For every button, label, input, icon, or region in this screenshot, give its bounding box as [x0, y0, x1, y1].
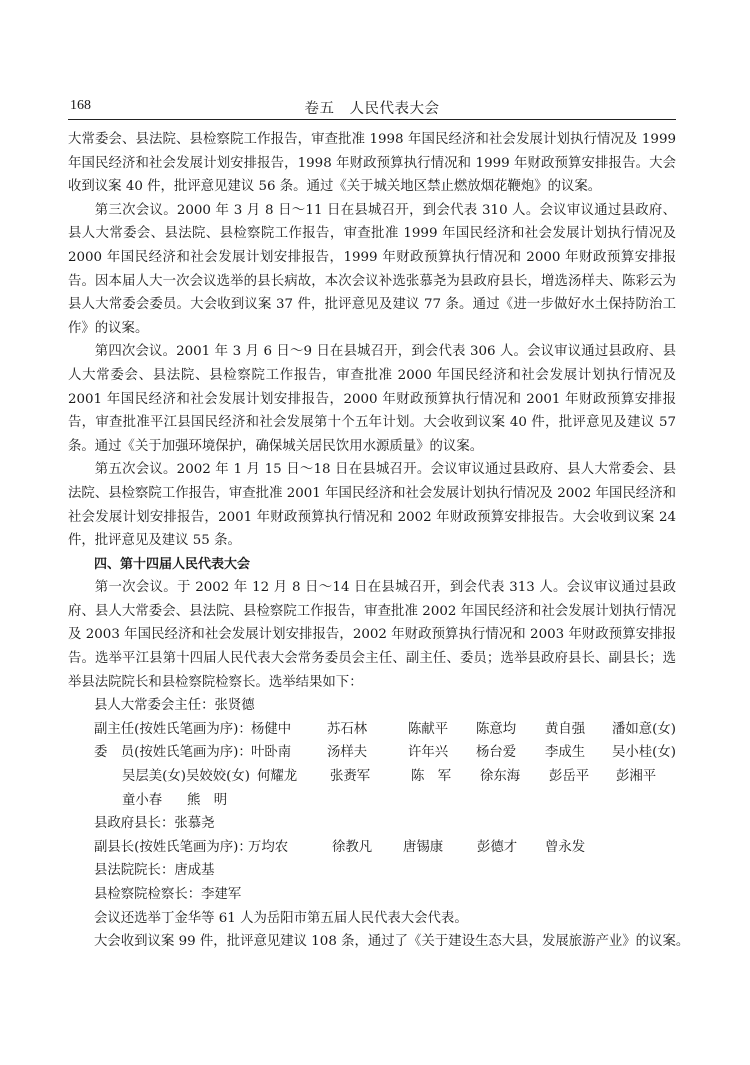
header-rule [68, 119, 676, 120]
name: 吴层美(女) [122, 765, 186, 789]
vice-directors-label: 副主任(按姓氏笔画为序)： [94, 718, 252, 742]
name: 黄自强 [545, 718, 585, 742]
name: 杨台爱 [476, 741, 516, 765]
name: 汤样夫 [327, 741, 367, 765]
running-title: 卷五 人民代表大会 [68, 97, 676, 118]
name: 陈 军 [411, 765, 451, 789]
npc-director-line: 县人大常委会主任：张贤德 [68, 694, 676, 718]
motions-note-line: 大会收到议案 99 件，批评意见建议 108 条，通过了《关于建设生态大县，发展… [68, 930, 676, 954]
paragraph-session5: 第五次会议。2002 年 1 月 15 日～18 日在县城召开。会议审议通过县政… [68, 458, 676, 552]
county-head-line: 县政府县长：张慕尧 [68, 812, 676, 836]
section-heading: 四、第十四届人民代表大会 [68, 553, 676, 577]
name: 张赉军 [330, 765, 370, 789]
name: 吴姣姣(女) [186, 765, 250, 789]
vice-directors-line: 副主任(按姓氏笔画为序)： 杨健中 苏石林 陈献平 陈意均 黄自强 潘如意(女) [68, 718, 676, 742]
page-header: 168 卷五 人民代表大会 [68, 96, 676, 120]
name: 徐教凡 [332, 836, 372, 860]
members-line-3: 童小春 熊 明 [68, 789, 676, 813]
delegates-note: 会议还选举丁金华等 61 人为岳阳市第五届人民代表大会代表。 [94, 907, 468, 931]
name: 彭德才 [477, 836, 517, 860]
members-line-1: 委 员(按姓氏笔画为序)： 叶卧南 汤样夫 许年兴 杨台爱 李成生 吴小桂(女) [68, 741, 676, 765]
deputy-heads-line: 副县长(按姓氏笔画为序)： 万均农 徐教凡 唐锡康 彭德才 曾永发 [68, 836, 676, 860]
name: 徐东海 [480, 765, 520, 789]
paragraph-session3: 第三次会议。2000 年 3 月 8 日～11 日在县城召开，到会代表 310 … [68, 199, 676, 341]
name: 吴小桂(女) [612, 741, 676, 765]
name: 杨健中 [251, 718, 291, 742]
name: 许年兴 [408, 741, 448, 765]
name: 潘如意(女) [612, 718, 676, 742]
name: 叶卧南 [251, 741, 291, 765]
document-page: 168 卷五 人民代表大会 大常委会、县法院、县检察院工作报告，审查批准 199… [0, 0, 750, 1065]
paragraph-continued: 大常委会、县法院、县检察院工作报告，审查批准 1998 年国民经济和社会发展计划… [68, 128, 676, 199]
court-president-line: 县法院院长：唐成基 [68, 859, 676, 883]
name: 何耀龙 [257, 765, 297, 789]
county-head: 县政府县长：张慕尧 [94, 812, 215, 836]
name: 熊 明 [187, 789, 227, 813]
motions-note: 大会收到议案 99 件，批评意见建议 108 条，通过了《关于建设生态大县，发展… [94, 930, 689, 954]
name: 万均农 [248, 836, 288, 860]
name: 唐锡康 [403, 836, 443, 860]
body-text: 大常委会、县法院、县检察院工作报告，审查批准 1998 年国民经济和社会发展计划… [68, 128, 676, 954]
delegates-note-line: 会议还选举丁金华等 61 人为岳阳市第五届人民代表大会代表。 [68, 907, 676, 931]
name: 李成生 [545, 741, 585, 765]
paragraph-session4: 第四次会议。2001 年 3 月 6 日～9 日在县城召开，到会代表 306 人… [68, 340, 676, 458]
name: 童小春 [122, 789, 162, 813]
name: 彭湘平 [616, 765, 656, 789]
procurator: 县检察院检察长：李建军 [94, 883, 241, 907]
court-president: 县法院院长：唐成基 [94, 859, 215, 883]
name: 陈献平 [408, 718, 448, 742]
members-label: 委 员(按姓氏笔画为序)： [94, 741, 252, 765]
deputy-heads-label: 副县长(按姓氏笔画为序)： [94, 836, 252, 860]
name: 苏石林 [327, 718, 367, 742]
procurator-line: 县检察院检察长：李建军 [68, 883, 676, 907]
name: 陈意均 [476, 718, 516, 742]
members-line-2: 吴层美(女) 吴姣姣(女) 何耀龙 张赉军 陈 军 徐东海 彭岳平 彭湘平 [68, 765, 676, 789]
name: 曾永发 [545, 836, 585, 860]
paragraph-14th-session1: 第一次会议。于 2002 年 12 月 8 日～14 日在县城召开，到会代表 3… [68, 576, 676, 694]
name: 彭岳平 [549, 765, 589, 789]
npc-director: 县人大常委会主任：张贤德 [94, 694, 255, 718]
